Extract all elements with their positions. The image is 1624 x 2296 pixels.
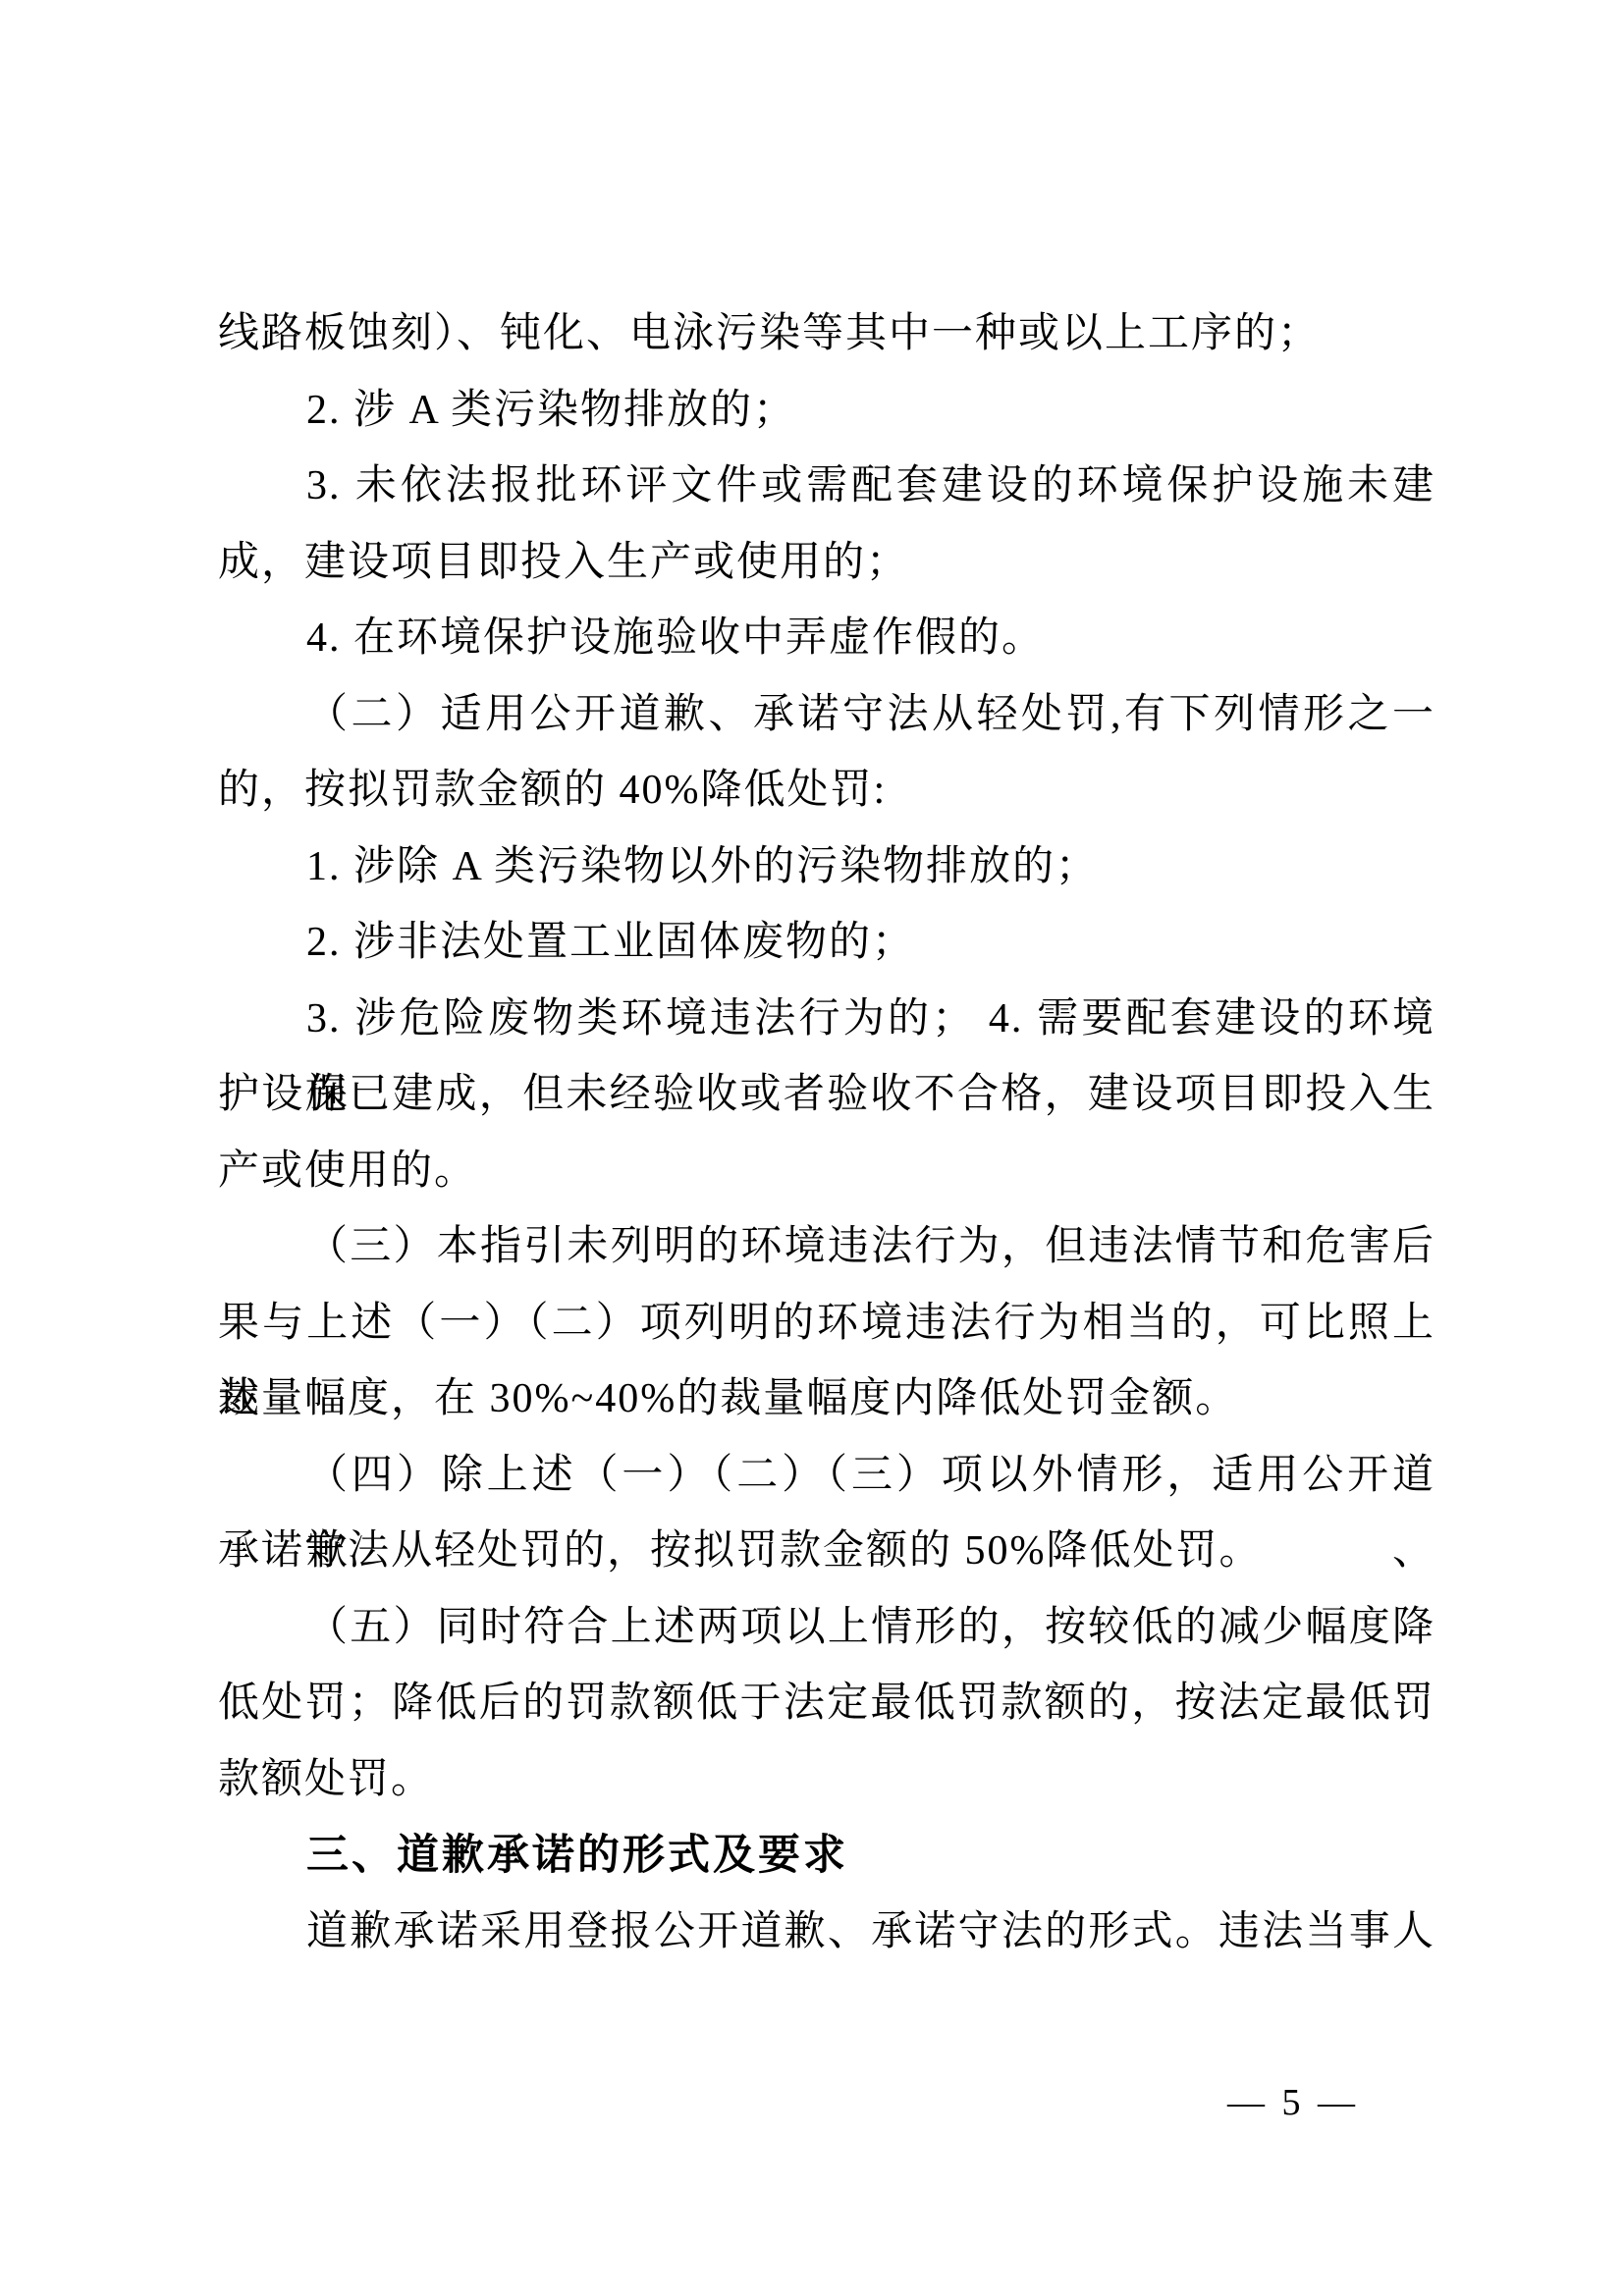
text-line: 3. 涉危险废物类环境违法行为的； 4. 需要配套建设的环境保 [218,982,1435,1058]
text-line: （二）适用公开道歉、承诺守法从轻处罚,有下列情形之一 [218,677,1435,754]
text-line: 产或使用的。 [218,1134,1435,1210]
text-line: 的，按拟罚款金额的 40%降低处罚: [218,753,1435,829]
text-line: 低处罚；降低后的罚款额低于法定最低罚款额的，按法定最低罚 [218,1666,1435,1742]
text-line: 果与上述（一）（二）项列明的环境违法行为相当的，可比照上述 [218,1286,1435,1362]
text-line: 线路板蚀刻）、钝化、电泳污染等其中一种或以上工序的； [218,296,1435,373]
text-line: 承诺守法从轻处罚的，按拟罚款金额的 50%降低处罚。 [218,1514,1435,1590]
section-heading: 三、道歉承诺的形式及要求 [218,1818,1435,1895]
text-line: （五）同时符合上述两项以上情形的，按较低的减少幅度降 [218,1590,1435,1667]
document-body: 线路板蚀刻）、钝化、电泳污染等其中一种或以上工序的；2. 涉 A 类污染物排放的… [218,296,1435,1970]
text-line: 1. 涉除 A 类污染物以外的污染物排放的； [218,829,1435,906]
text-line: 成，建设项目即投入生产或使用的； [218,525,1435,602]
text-line: 4. 在环境保护设施验收中弄虚作假的。 [218,601,1435,677]
text-line: （四）除上述（一）（二）（三）项以外情形，适用公开道歉、 [218,1438,1435,1515]
text-line: 款额处罚。 [218,1742,1435,1819]
page-number: — 5 — [1227,2073,1359,2132]
text-line: 3. 未依法报批环评文件或需配套建设的环境保护设施未建 [218,449,1435,525]
document-page: 线路板蚀刻）、钝化、电泳污染等其中一种或以上工序的；2. 涉 A 类污染物排放的… [0,0,1624,2296]
text-line: 道歉承诺采用登报公开道歉、承诺守法的形式。违法当事人 [218,1895,1435,1971]
text-line: （三）本指引未列明的环境违法行为，但违法情节和危害后 [218,1209,1435,1286]
text-line: 2. 涉 A 类污染物排放的； [218,373,1435,450]
text-line: 裁量幅度，在 30%~40%的裁量幅度内降低处罚金额。 [218,1362,1435,1438]
text-line: 2. 涉非法处置工业固体废物的； [218,905,1435,982]
text-line: 护设施已建成，但未经验收或者验收不合格，建设项目即投入生 [218,1057,1435,1134]
